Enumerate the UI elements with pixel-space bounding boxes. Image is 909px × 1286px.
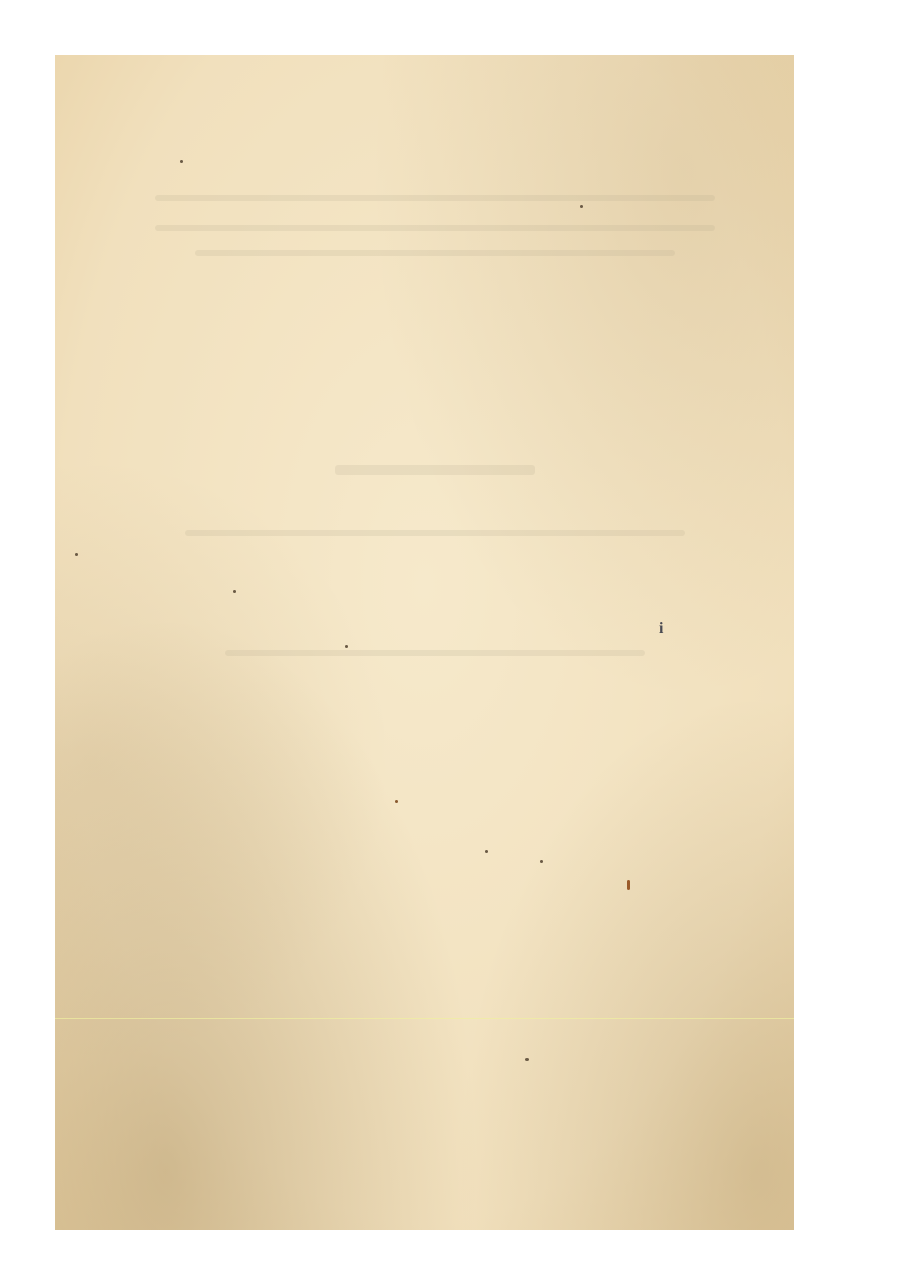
speck: [395, 800, 398, 803]
scanned-page: i: [55, 55, 794, 1230]
speck: [627, 880, 630, 890]
show-through-line: [155, 225, 715, 231]
speck: [580, 205, 583, 208]
show-through-line: [155, 195, 715, 201]
speck: [180, 160, 183, 163]
speck: [525, 1058, 529, 1061]
ink-mark: i: [659, 620, 671, 638]
speck: [540, 860, 543, 863]
show-through-line: [195, 250, 675, 256]
show-through-line: [225, 650, 645, 656]
fold-line: [55, 1018, 794, 1019]
show-through-line: [335, 465, 535, 475]
speck: [233, 590, 236, 593]
speck: [75, 553, 78, 556]
speck: [345, 645, 348, 648]
speck: [485, 850, 488, 853]
show-through-line: [185, 530, 685, 536]
